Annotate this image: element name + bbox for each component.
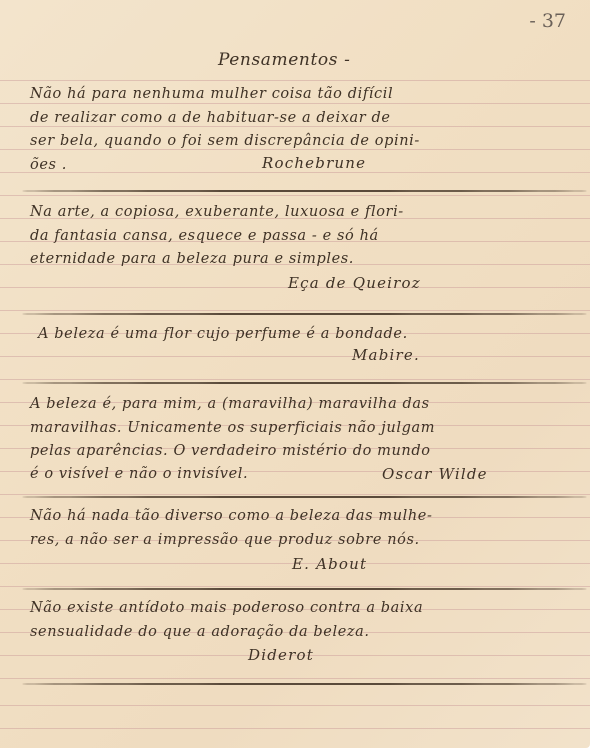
ruled-line — [0, 705, 590, 706]
ruled-line — [0, 356, 590, 357]
quote-author: Diderot — [248, 646, 314, 664]
ruled-line — [0, 678, 590, 679]
quote-author: Eça de Queiroz — [288, 274, 421, 292]
ruled-line — [0, 379, 590, 380]
page-number: - 37 — [529, 10, 566, 32]
quote-line: A beleza é uma flor cujo perfume é a bon… — [38, 326, 408, 342]
quote-line: res, a não ser a impressão que produz so… — [30, 532, 420, 548]
quote-author: E. About — [292, 555, 367, 573]
ruled-line — [0, 172, 590, 173]
ruled-line — [0, 103, 590, 104]
ruled-line — [0, 494, 590, 495]
section-divider — [22, 683, 587, 685]
section-divider — [22, 588, 587, 590]
ruled-line — [0, 149, 590, 150]
ruled-line — [0, 728, 590, 729]
quote-line: Não há nada tão diverso como a beleza da… — [30, 508, 433, 524]
section-divider — [22, 190, 587, 192]
ruled-line — [0, 310, 590, 311]
quote-line: de realizar como a de habituar-se a deix… — [30, 110, 391, 126]
quote-line: sensualidade do que a adoração da beleza… — [30, 624, 370, 640]
quote-line: é o visível e não o invisível. — [30, 466, 248, 482]
ruled-line — [0, 126, 590, 127]
manuscript-page: - 37 Pensamentos - Não há para nenhuma m… — [0, 0, 590, 748]
quote-line: pelas aparências. O verdadeiro mistério … — [30, 443, 431, 459]
section-divider — [22, 382, 587, 384]
section-divider — [22, 496, 587, 498]
quote-line: Não existe antídoto mais poderoso contra… — [30, 600, 423, 616]
ruled-line — [0, 586, 590, 587]
quote-line: A beleza é, para mim, a (maravilha) mara… — [30, 396, 430, 412]
section-divider — [22, 313, 587, 315]
quote-line: ser bela, quando o foi sem discrepância … — [30, 133, 420, 149]
quote-author: Rochebrune — [262, 154, 366, 172]
quote-line: Não há para nenhuma mulher coisa tão dif… — [30, 86, 393, 102]
quote-line: maravilhas. Unicamente os superficiais n… — [30, 420, 435, 436]
ruled-line — [0, 195, 590, 196]
quote-line: eternidade para a beleza pura e simples. — [30, 251, 354, 267]
quote-author: Oscar Wilde — [382, 465, 488, 483]
quote-line: Na arte, a copiosa, exuberante, luxuosa … — [30, 204, 404, 220]
quote-author: Mabire. — [352, 346, 420, 364]
quote-line: da fantasia cansa, esquece e passa - e s… — [30, 228, 379, 244]
page-title: Pensamentos - — [218, 50, 350, 70]
quote-line: ões . — [30, 157, 67, 173]
ruled-line — [0, 80, 590, 81]
